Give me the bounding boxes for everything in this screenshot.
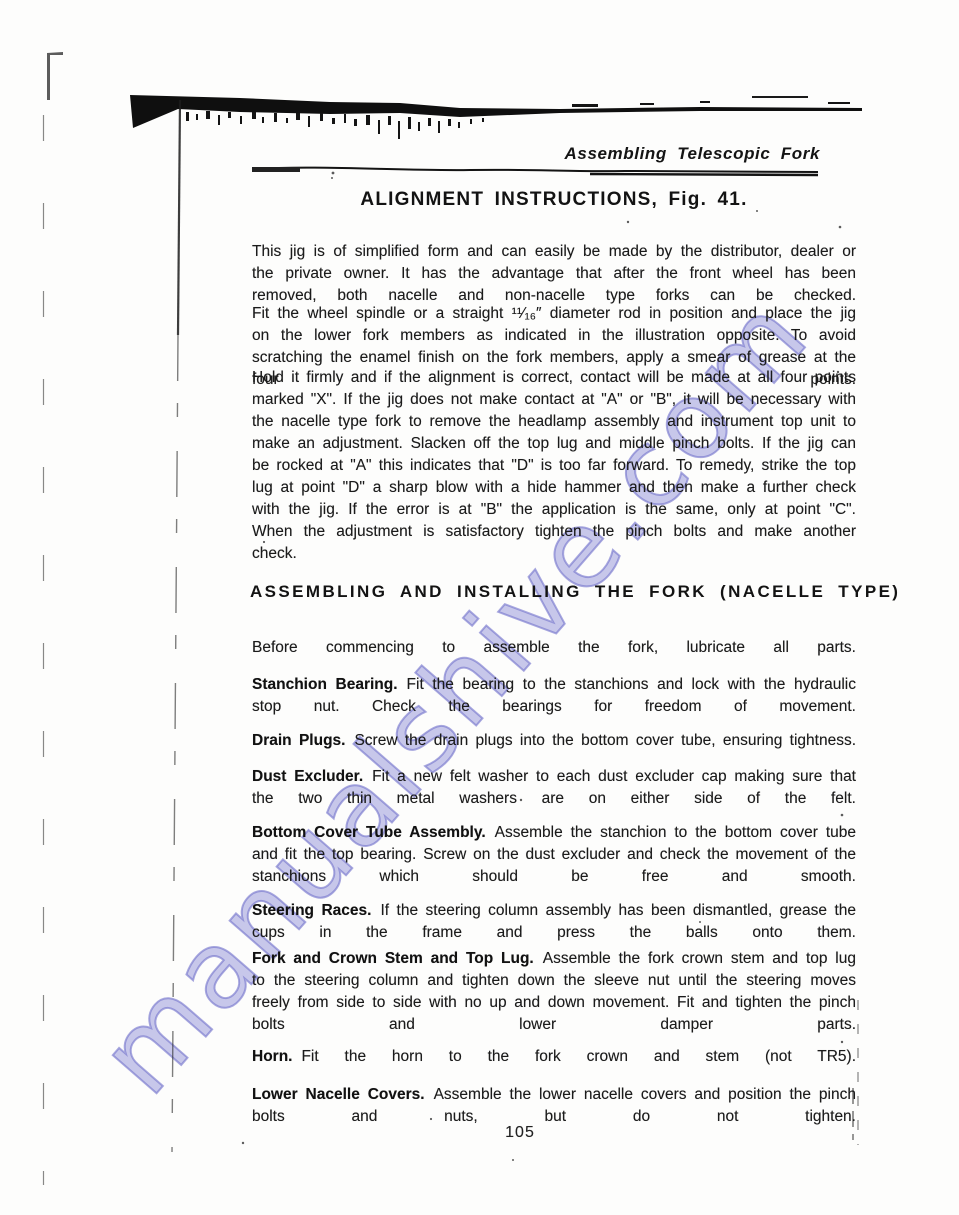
item-label: Bottom Cover Tube Assembly. — [252, 824, 486, 841]
scan-ink-band — [130, 95, 862, 128]
scan-page-edge-top — [178, 100, 180, 335]
item-text: Fit the horn to the fork crown and stem … — [301, 1048, 856, 1065]
item-label: Drain Plugs. — [252, 732, 345, 749]
item-label: Horn. — [252, 1048, 292, 1065]
section-title-assembling: ASSEMBLING AND INSTALLING THE FORK (NACE… — [250, 582, 890, 602]
section-title-alignment: ALIGNMENT INSTRUCTIONS, Fig. 41. — [252, 189, 856, 211]
item-label: Steering Races. — [252, 902, 371, 919]
scan-dash — [752, 96, 808, 98]
assembly-item: Bottom Cover Tube Assembly.Assemble the … — [252, 822, 856, 910]
running-header: Assembling Telescopic Fork — [565, 144, 820, 164]
scanned-manual-page: manualshive.com — [0, 0, 959, 1215]
item-text: Screw the drain plugs into the bottom co… — [354, 732, 856, 749]
item-label: Lower Nacelle Covers. — [252, 1086, 425, 1103]
item-label: Fork and Crown Stem and Top Lug. — [252, 950, 534, 967]
scan-bracket — [47, 52, 63, 100]
item-label: Dust Excluder. — [252, 768, 363, 785]
assembly-item: Fork and Crown Stem and Top Lug.Assemble… — [252, 948, 856, 1058]
paragraph: Hold it firmly and if the alignment is c… — [252, 367, 856, 587]
page-number: 105 — [470, 1124, 570, 1142]
item-label: Stanchion Bearing. — [252, 676, 398, 693]
header-rule — [252, 168, 818, 172]
